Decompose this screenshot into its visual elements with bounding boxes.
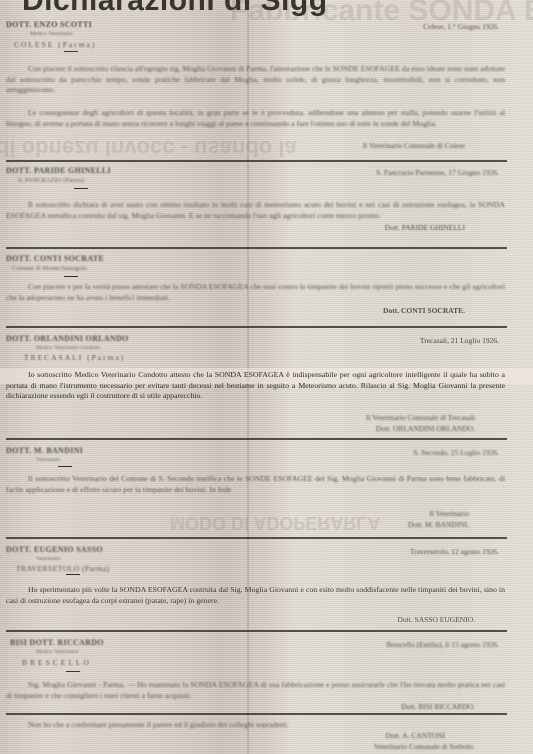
declaration-orlandini: DOTT. ORLANDINI ORLANDO Medico Veterinar… <box>6 334 505 434</box>
doctor-name: DOTT. PARIDE GHINELLI <box>6 166 111 175</box>
section-divider <box>6 537 507 539</box>
declaration-cantoni: Non ho che a confermare pienamente il pa… <box>6 720 505 754</box>
section-divider <box>6 713 507 715</box>
doctor-role: Medico Veterinario <box>36 649 79 655</box>
signature: Dott. PARIDE GHINELLI <box>385 223 465 232</box>
header-underline <box>66 574 80 575</box>
doctor-place: TRAVERSETOLO (Parma) <box>16 564 110 573</box>
doctor-role: Medico Veterinario Condotto <box>36 345 100 351</box>
header-underline <box>64 276 78 277</box>
declaration-text: Io sottoscritto Medico Veterinario Condo… <box>6 370 505 402</box>
declaration-conti: DOTT. CONTI SOCRATE Comune di Montechiar… <box>6 254 505 324</box>
declaration-scotti: DOTT. ENZO SCOTTI Medico Veterinario COL… <box>6 20 505 154</box>
page-title: Dichiarazioni di Sigg <box>22 0 328 18</box>
doctor-role: Comune di Montechiarugolo <box>12 265 87 272</box>
declaration-text: Il sottoscritto Veterinario del Comune d… <box>6 474 505 495</box>
signature-title: Veterinario Comunale di Sorbolo. <box>374 742 475 751</box>
signature: Dott. BISI RICCARDO. <box>401 702 475 711</box>
doctor-place: COLESE (Parma) <box>14 40 96 49</box>
signature: Dott. A. CANTONI <box>386 731 445 740</box>
declaration-text: Non ho che a confermare pienamente il pa… <box>6 720 505 731</box>
doctor-name: DOTT. CONTI SOCRATE <box>6 254 104 263</box>
doctor-name: DOTT. ORLANDINI ORLANDO <box>6 334 129 343</box>
header-underline <box>74 188 88 189</box>
declaration-sasso: DOTT. EUGENIO SASSO Veterinario TRAVERSE… <box>6 545 505 625</box>
signature: Dott. ORLANDINI ORLANDO. <box>376 424 475 433</box>
section-divider <box>6 326 507 328</box>
section-divider <box>6 630 507 632</box>
signature: Dott. CONTI SOCRATE. <box>383 306 465 315</box>
header-underline <box>64 51 78 52</box>
signature: Dott. M. BANDINI. <box>408 520 469 529</box>
header-underline <box>58 466 72 467</box>
doctor-name: DOTT. EUGENIO SASSO <box>6 545 103 554</box>
doctor-role: Veterinario <box>36 556 60 562</box>
section-divider <box>6 247 507 249</box>
doctor-role: Medico Veterinario <box>30 31 73 37</box>
signature-title: Il Veterinario <box>429 509 469 518</box>
declaration-date: Colese, 1.° Giugno 1926. <box>423 22 499 31</box>
declaration-text: Il sottoscritto dichiara di aver usato c… <box>6 200 505 221</box>
doctor-role: Veterinario <box>36 457 60 463</box>
doctor-name: DOTT. M. BANDINI <box>6 446 83 455</box>
declaration-ghinelli: DOTT. PARIDE GHINELLI S. PANCRAZIO (Parm… <box>6 166 505 238</box>
declaration-text: Sig. Moglia Giovanni - Parma. — Ho esami… <box>6 680 505 701</box>
declaration-bandini: DOTT. M. BANDINI Veterinario S. Secondo,… <box>6 446 505 528</box>
header-underline <box>66 671 80 672</box>
declaration-text: Con piacere il sottoscritto rilascia all… <box>6 64 505 96</box>
declaration-date: Brescello (Emilia), li 15 agosto 1926. <box>386 640 499 649</box>
section-divider <box>6 438 507 440</box>
signature: Dott. SASSO EUGENIO. <box>397 615 475 624</box>
doctor-place: TRECASALI (Parma) <box>24 353 125 362</box>
doctor-name: DOTT. ENZO SCOTTI <box>6 20 92 29</box>
declaration-date: S. Pancrazio Parmense, 17 Giugno 1926. <box>376 168 499 177</box>
declaration-date: S. Secondo, 25 Luglio 1926. <box>413 448 499 457</box>
declaration-date: Trecasali, 21 Luglio 1926. <box>420 336 499 345</box>
doctor-place: BRESCELLO <box>22 658 92 667</box>
declaration-text: Ho sperimentato più volte la SONDA ESOFA… <box>6 585 505 606</box>
declaration-date: Traversetolo, 12 agosto 1926. <box>410 547 499 556</box>
doctor-name: BISI DOTT. RICCARDO <box>10 638 104 647</box>
signature-title: Il Veterinario Comunale di Trecasali <box>366 413 475 422</box>
signature-title: Il Veterinario Comunale di Colese <box>363 141 465 150</box>
declaration-text: Con piacere e per la verità posso attest… <box>6 282 505 303</box>
section-divider <box>6 160 507 162</box>
doctor-place: S. PANCRAZIO (Parma) <box>18 177 84 184</box>
declaration-text-continued: Le conseguenze degli agricoltori di ques… <box>6 108 505 129</box>
declaration-bisi: BISI DOTT. RICCARDO Medico Veterinario B… <box>6 638 505 714</box>
